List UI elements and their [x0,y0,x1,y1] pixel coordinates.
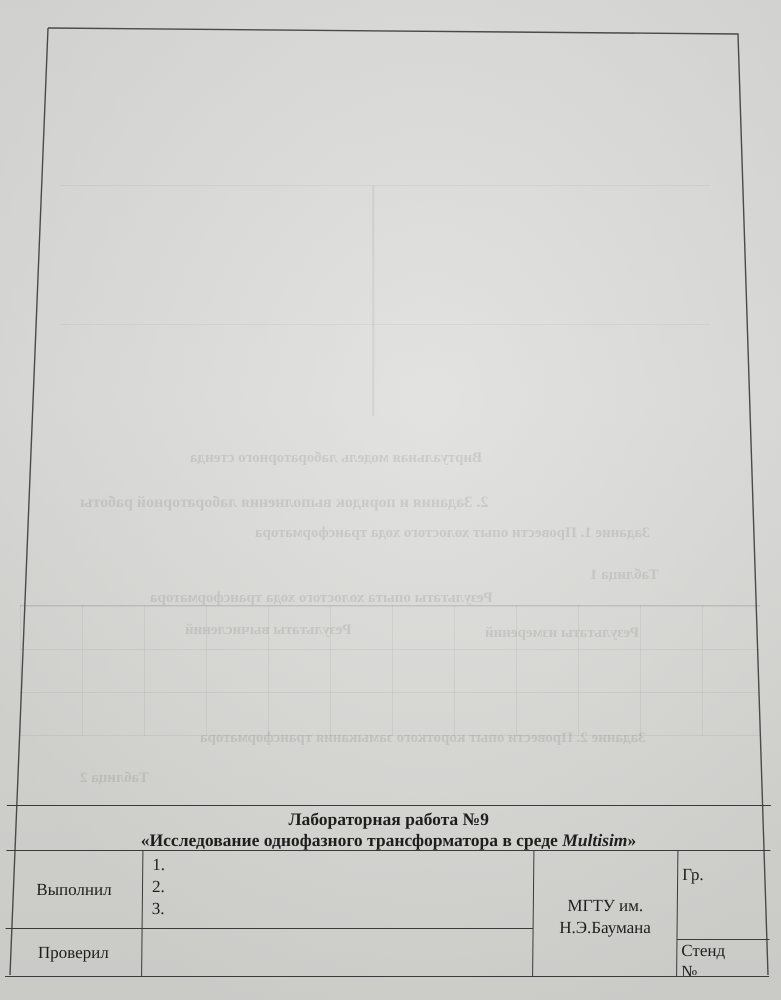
title-block: Лабораторная работа №9 «Исследование одн… [5,805,771,975]
checked-by-label: Проверил [5,928,142,976]
stand-label: Стенд [681,940,769,961]
show-through-line: Результаты вычислений [185,622,351,639]
stand-field[interactable]: Стенд № [677,939,769,976]
show-through-line: Виртуальная модель лабораторного стенда [190,450,482,467]
performed-by-names-field[interactable]: 1. 2. 3. [142,851,534,928]
group-label: Гр. [682,865,704,884]
show-through-line: Задание 2. Провести опыт короткого замык… [200,730,646,747]
show-through-table [20,605,760,736]
stand-number-label: № [681,961,769,982]
software-name: Multisim [562,830,627,850]
closing-quote: » [627,830,636,850]
lab-subject-title: «Исследование однофазного трансформатора… [6,830,770,851]
title-block-bottom-border [5,976,769,977]
checked-by-field[interactable] [141,928,533,976]
student-name-3[interactable]: 3. [152,898,533,920]
show-through-line: Результаты измерений [485,625,639,642]
university-line-1: МГТУ им. [567,895,643,917]
group-field[interactable]: Гр. [677,851,770,939]
student-name-2[interactable]: 2. [152,876,533,898]
student-name-1[interactable]: 1. [152,854,533,876]
university-line-2: Н.Э.Баумана [559,917,651,939]
lab-title: Лабораторная работа №9 «Исследование одн… [6,805,770,851]
university-cell: МГТУ им. Н.Э.Баумана [532,851,678,976]
show-through-line: Таблица 1 [590,567,659,584]
show-through-line: 2. Задания и порядок выполнения лаборато… [80,494,489,512]
lab-subject-text: «Исследование однофазного трансформатора… [141,830,563,850]
show-through-line: Задание 1. Провести опыт холостого хода … [255,525,650,542]
lab-number-title: Лабораторная работа №9 [7,809,771,830]
show-through-diagram [60,185,710,416]
show-through-line: Таблица 2 [80,770,149,787]
performed-by-label: Выполнил [6,851,143,928]
